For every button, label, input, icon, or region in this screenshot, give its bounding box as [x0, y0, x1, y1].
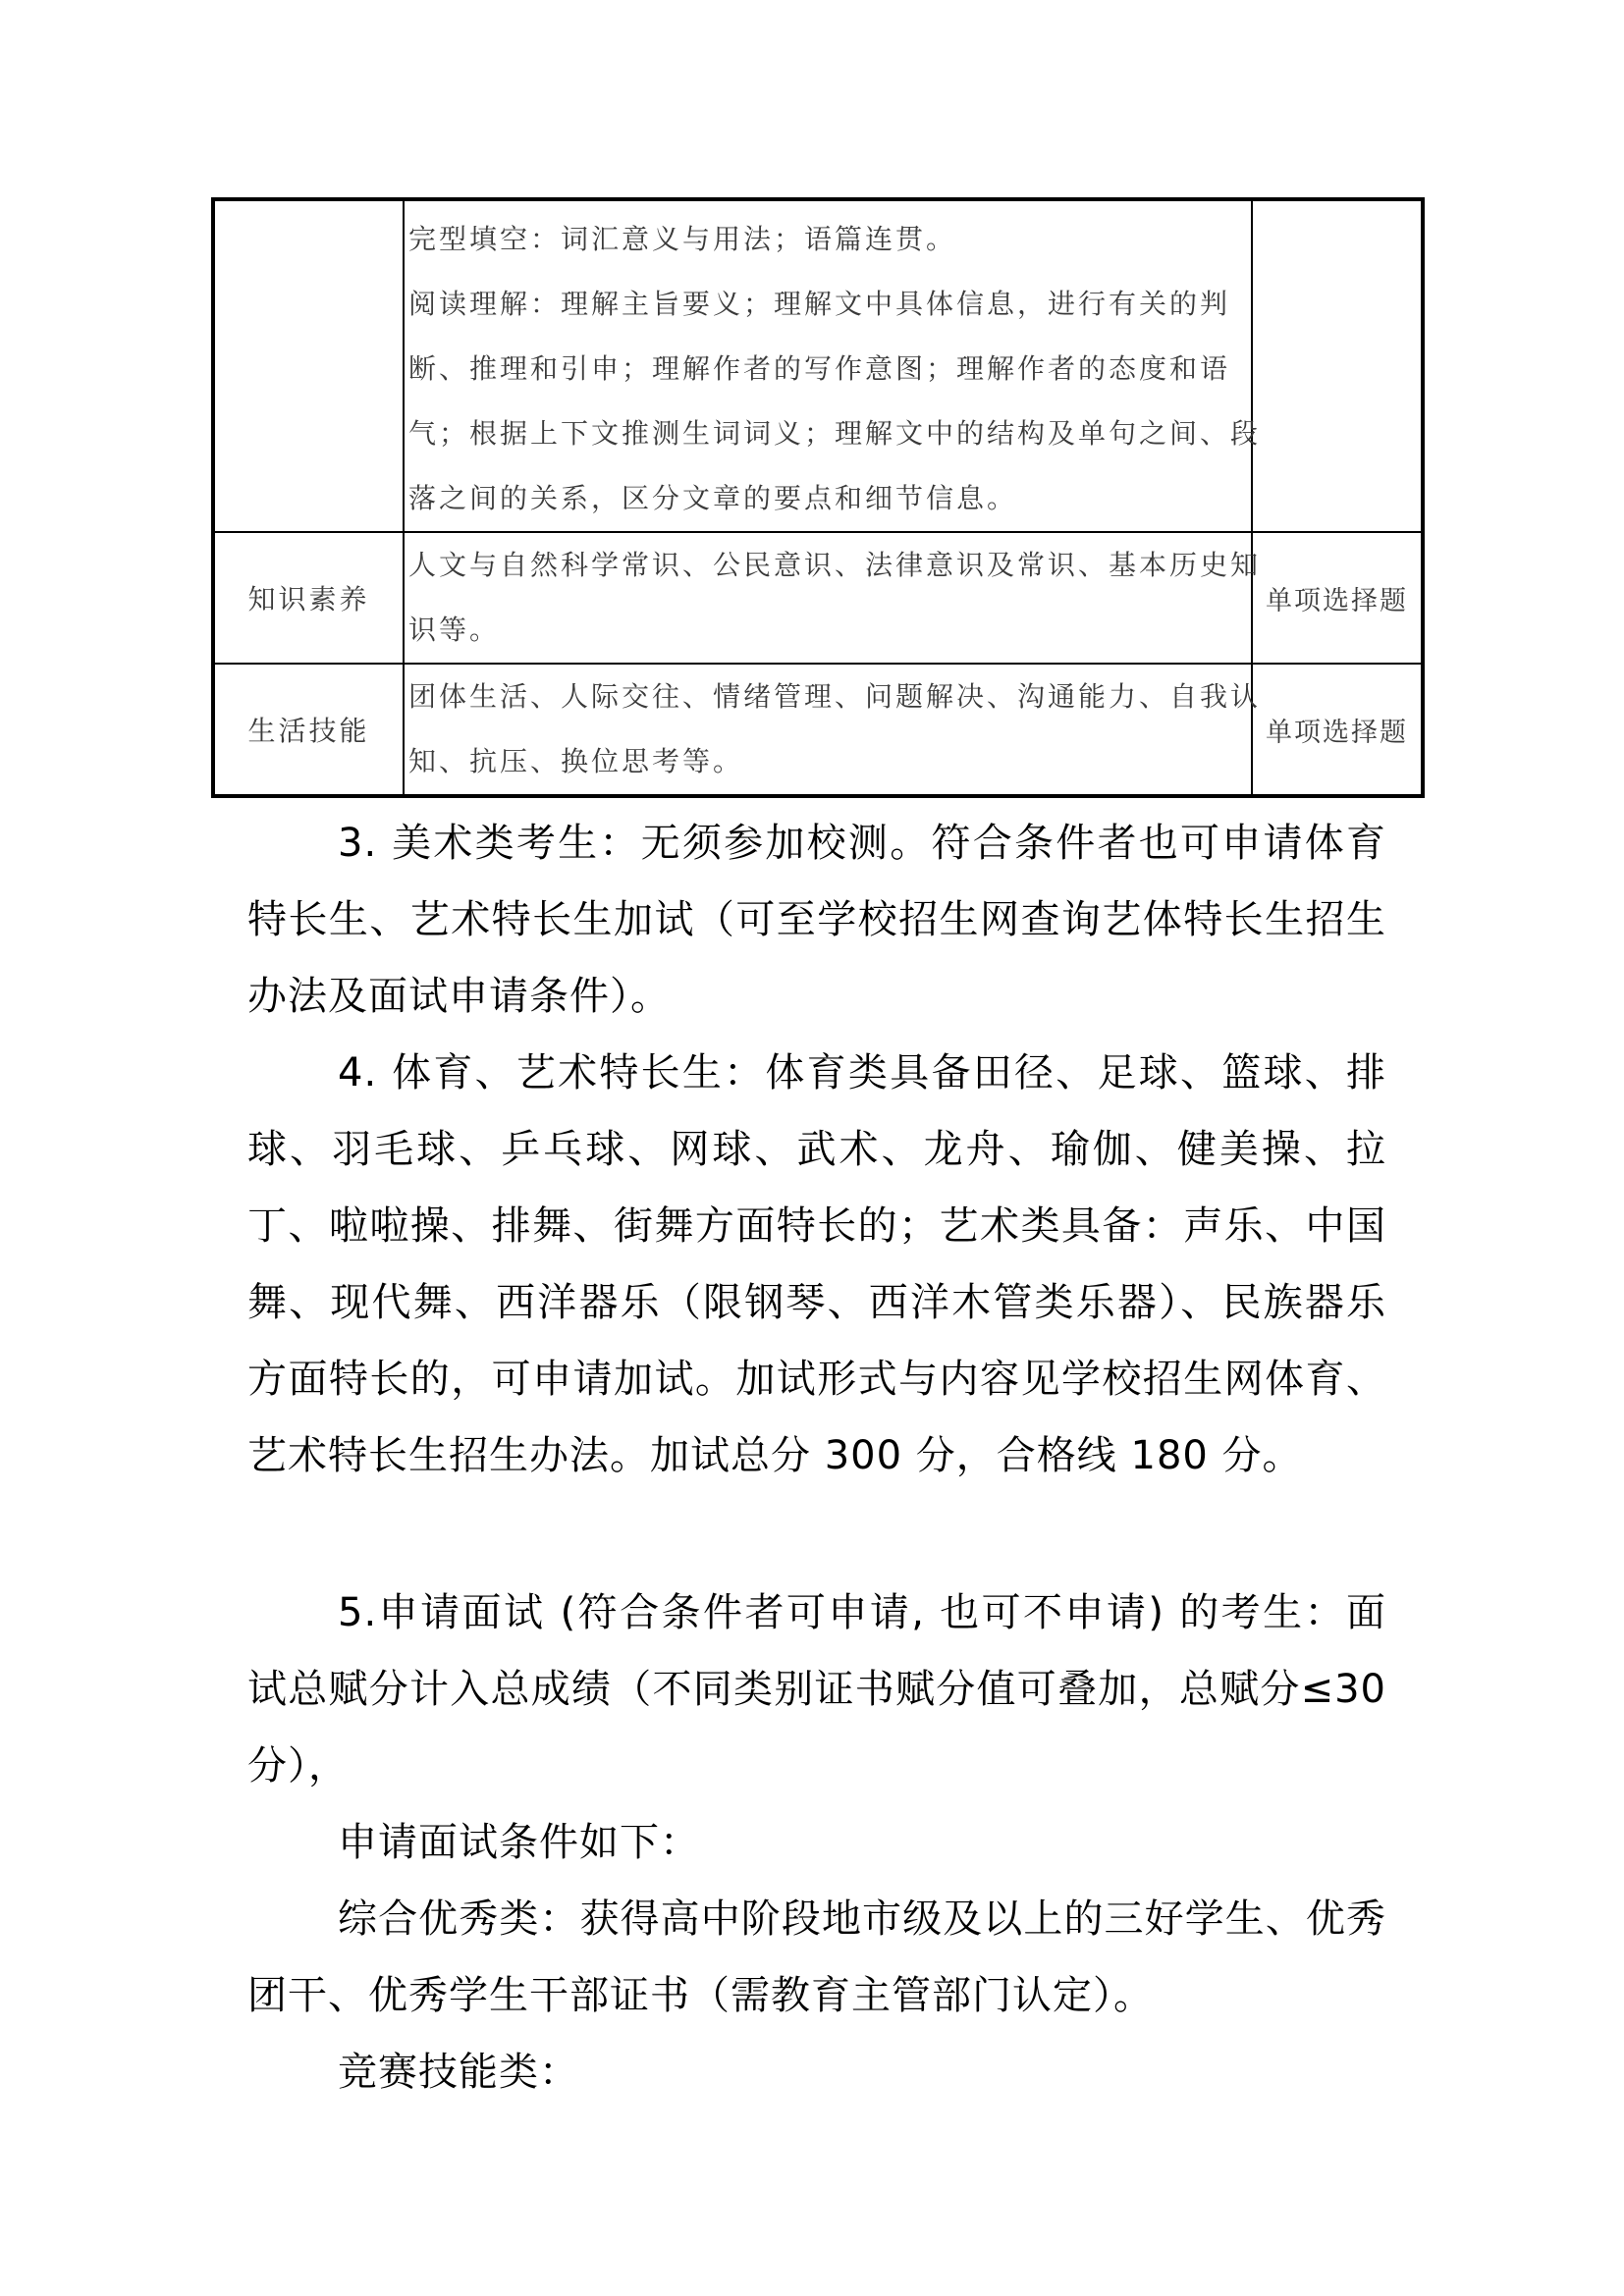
paragraph-text: 竞赛技能类： — [247, 2034, 1386, 2110]
content-line: 识等。 — [408, 598, 1251, 663]
paragraph-text: 申请面试条件如下： — [247, 1804, 1386, 1881]
question-type-cell — [1252, 199, 1423, 532]
content-line: 阅读理解：理解主旨要义；理解文中具体信息，进行有关的判 — [408, 272, 1251, 337]
content-line: 气；根据上下文推测生词词义；理解文中的结构及单句之间、段 — [408, 401, 1251, 466]
content-line: 人文与自然科学常识、公民意识、法律意识及常识、基本历史知 — [408, 533, 1251, 598]
category-cell: 生活技能 — [213, 664, 404, 796]
paragraph-text: 综合优秀类：获得高中阶段地市级及以上的三好学生、优秀团干、优秀学生干部证书（需教… — [247, 1881, 1386, 2034]
paragraph-interview-conditions: 申请面试条件如下： — [247, 1804, 1386, 1881]
paragraph-text: 4. 体育、艺术特长生：体育类具备田径、足球、篮球、排球、羽毛球、乒乓球、网球、… — [247, 1035, 1386, 1494]
table-row: 完型填空：词汇意义与用法；语篇连贯。 阅读理解：理解主旨要义；理解文中具体信息，… — [213, 199, 1423, 532]
paragraph-interview-application: 5.申请面试 (符合条件者可申请, 也可不申请) 的考生：面试总赋分计入总成绩（… — [247, 1575, 1386, 1804]
paragraph-competition-skills: 竞赛技能类： — [247, 2034, 1386, 2110]
paragraph-sports-art-specialty: 4. 体育、艺术特长生：体育类具备田径、足球、篮球、排球、羽毛球、乒乓球、网球、… — [247, 1035, 1386, 1494]
content-line: 落之间的关系，区分文章的要点和细节信息。 — [408, 466, 1251, 531]
question-type-cell: 单项选择题 — [1252, 664, 1423, 796]
question-type-cell: 单项选择题 — [1252, 532, 1423, 664]
content-cell: 完型填空：词汇意义与用法；语篇连贯。 阅读理解：理解主旨要义；理解文中具体信息，… — [404, 199, 1252, 532]
paragraph-text: 3. 美术类考生：无须参加校测。符合条件者也可申请体育特长生、艺术特长生加试（可… — [247, 805, 1386, 1035]
table-row: 知识素养 人文与自然科学常识、公民意识、法律意识及常识、基本历史知 识等。 单项… — [213, 532, 1423, 664]
paragraph-comprehensive-excellence: 综合优秀类：获得高中阶段地市级及以上的三好学生、优秀团干、优秀学生干部证书（需教… — [247, 1881, 1386, 2034]
content-line: 断、推理和引申；理解作者的写作意图；理解作者的态度和语 — [408, 337, 1251, 401]
content-line: 团体生活、人际交往、情绪管理、问题解决、沟通能力、自我认 — [408, 665, 1251, 729]
table-row: 生活技能 团体生活、人际交往、情绪管理、问题解决、沟通能力、自我认 知、抗压、换… — [213, 664, 1423, 796]
category-cell — [213, 199, 404, 532]
content-cell: 团体生活、人际交往、情绪管理、问题解决、沟通能力、自我认 知、抗压、换位思考等。 — [404, 664, 1252, 796]
paragraph-text: 5.申请面试 (符合条件者可申请, 也可不申请) 的考生：面试总赋分计入总成绩（… — [247, 1575, 1386, 1804]
content-line: 知、抗压、换位思考等。 — [408, 729, 1251, 794]
content-cell: 人文与自然科学常识、公民意识、法律意识及常识、基本历史知 识等。 — [404, 532, 1252, 664]
category-cell: 知识素养 — [213, 532, 404, 664]
paragraph-art-candidates: 3. 美术类考生：无须参加校测。符合条件者也可申请体育特长生、艺术特长生加试（可… — [247, 805, 1386, 1035]
exam-content-table: 完型填空：词汇意义与用法；语篇连贯。 阅读理解：理解主旨要义；理解文中具体信息，… — [211, 197, 1425, 798]
content-line: 完型填空：词汇意义与用法；语篇连贯。 — [408, 207, 1251, 272]
